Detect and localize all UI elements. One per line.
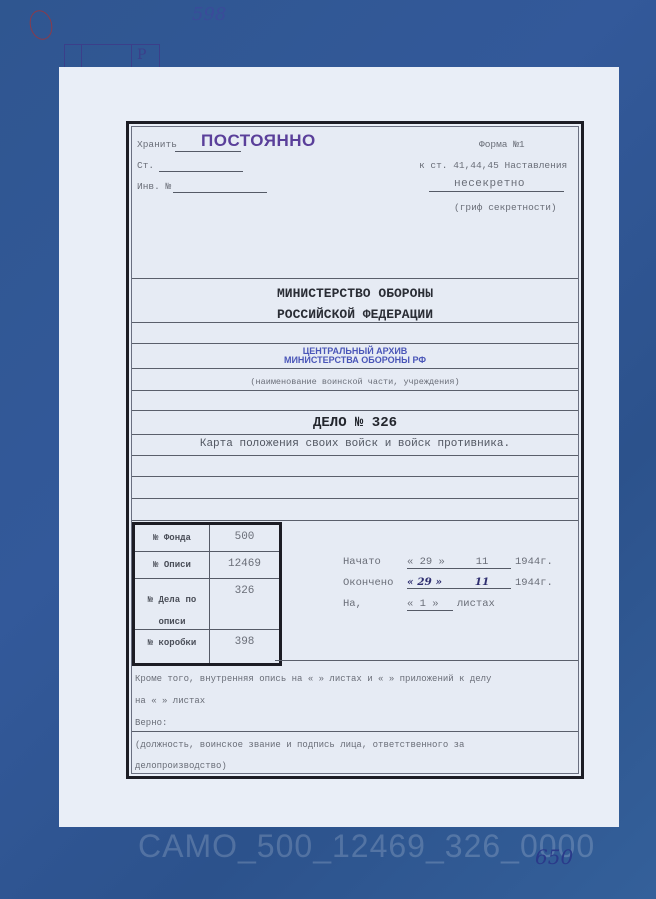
fond-label: № Фонда <box>135 533 209 543</box>
divider <box>132 476 578 477</box>
divider <box>132 731 578 732</box>
secrecy-caption: (гриф секретности) <box>454 202 557 213</box>
box-stamp-letter: Р <box>137 47 146 63</box>
table-row: № Описи 12469 <box>135 552 279 579</box>
started-month: 11 <box>453 556 511 569</box>
divider <box>132 520 578 521</box>
inventory-line1: Кроме того, внутренняя опись на « » лист… <box>135 674 491 684</box>
unit-caption: (наименование воинской части, учреждения… <box>129 377 581 387</box>
case-cover-form: Хранить ПОСТОЯННО Ст. Инв. № Форма №1 к … <box>126 121 584 779</box>
form-label: Форма №1 <box>479 139 525 150</box>
ended-label: Окончено <box>343 577 393 589</box>
keep-underline <box>175 151 241 152</box>
ended-year: 1944г. <box>515 577 553 589</box>
box-label: № коробки <box>135 638 209 648</box>
keep-label: Хранить <box>137 139 177 150</box>
responsible-line2: делопроизводство) <box>135 761 227 771</box>
divider <box>132 455 578 456</box>
certified-label: Верно: <box>135 718 167 728</box>
case-title: ДЕЛО № 326 <box>129 415 581 431</box>
table-row: № Фонда 500 <box>135 525 279 552</box>
ended-month: 11 <box>453 576 511 589</box>
st-underline <box>159 171 243 172</box>
divider <box>132 322 578 323</box>
opis-label: № Описи <box>135 560 209 570</box>
inv-underline <box>173 192 267 193</box>
table-row: № коробки 398 <box>135 630 279 658</box>
started-day: « 29 » <box>407 556 453 569</box>
inventory-line2: на « » листах <box>135 696 205 706</box>
ministry-line2: РОССИЙСКОЙ ФЕДЕРАЦИИ <box>129 307 581 322</box>
started-year: 1944г. <box>515 556 553 568</box>
handwritten-bottom-number: 650 <box>535 845 573 869</box>
responsible-line1: (должность, воинское звание и подпись ли… <box>135 740 464 750</box>
divider <box>275 660 578 661</box>
divider <box>132 343 578 344</box>
box-stamp-divider <box>81 45 82 69</box>
case-description: Карта положения своих войск и войск прот… <box>129 438 581 450</box>
sheets-count: « 1 » <box>407 598 453 611</box>
article-ref: к ст. 41,44,45 Наставления <box>419 160 567 171</box>
divider <box>132 278 578 279</box>
handwritten-top-number: 598 <box>192 4 226 25</box>
box-stamp-divider <box>131 45 132 69</box>
opis-value: 12469 <box>210 558 279 570</box>
sheets-suffix: листах <box>457 598 495 610</box>
divider <box>132 410 578 411</box>
divider <box>132 390 578 391</box>
inv-label: Инв. № <box>137 181 171 192</box>
started-label: Начато <box>343 556 381 568</box>
red-circle-mark <box>26 8 55 43</box>
delo-label: № Дела по описи <box>141 589 203 633</box>
keep-stamp: ПОСТОЯННО <box>201 131 316 151</box>
divider <box>132 434 578 435</box>
fond-value: 500 <box>210 531 279 543</box>
secrecy-underline <box>429 191 564 192</box>
registry-table: № Фонда 500 № Описи 12469 № Дела по опис… <box>132 522 282 666</box>
box-value: 398 <box>210 636 279 648</box>
sheets-label: На, <box>343 598 362 610</box>
secrecy-value: несекретно <box>454 178 525 190</box>
delo-value: 326 <box>210 585 279 597</box>
divider <box>132 368 578 369</box>
archive-stamp-line2: МИНИСТЕРСТВА ОБОРОНЫ РФ <box>129 355 581 365</box>
archive-watermark: CAMO_500_12469_326_0000 <box>138 828 595 865</box>
st-label: Ст. <box>137 160 154 171</box>
ended-day: « 29 » <box>407 576 453 589</box>
ministry-line1: МИНИСТЕРСТВО ОБОРОНЫ <box>129 286 581 301</box>
table-row: № Дела по описи 326 <box>135 579 279 630</box>
divider <box>132 498 578 499</box>
